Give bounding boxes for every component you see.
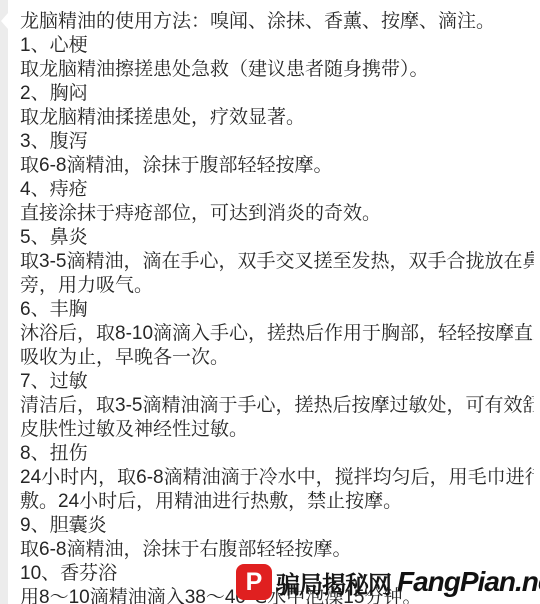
text-line: 取龙脑精油擦搓患处急救（建议患者随身携带）。 [20,58,534,82]
logo-letter: P [246,568,263,597]
text-line: 清洁后，取3-5滴精油滴于手心，搓热后按摩过敏处，可有效舒缓 [20,394,534,418]
text-line: 吸收为止，早晚各一次。 [20,346,534,370]
watermark: P 骗局揭秘网 FangPian.net [236,563,540,601]
message-bubble: 龙脑精油的使用方法：嗅闻、涂抹、香薰、按摩、滴注。 1、心梗 取龙脑精油擦搓患处… [8,0,540,604]
text-line: 旁，用力吸气。 [20,274,534,298]
text-line: 沐浴后，取8-10滴滴入手心，搓热后作用于胸部，轻轻按摩直至 [20,322,534,346]
fangpian-logo-icon: P [236,564,272,600]
text-line: 取6-8滴精油，涂抹于腹部轻轻按摩。 [20,154,534,178]
text-line: 7、过敏 [20,370,534,394]
text-line: 取6-8滴精油，涂抹于右腹部轻轻按摩。 [20,538,534,562]
background-strip [0,0,8,604]
text-line: 3、腹泻 [20,130,534,154]
text-line: 取龙脑精油揉搓患处，疗效显著。 [20,106,534,130]
text-line: 24小时内，取6-8滴精油滴于冷水中，搅拌均匀后，用毛巾进行冷 [20,466,534,490]
text-line: 2、胸闷 [20,82,534,106]
watermark-site-name-en: FangPian.net [397,566,540,598]
text-line: 取3-5滴精油，滴在手心，双手交叉搓至发热，双手合拢放在鼻 [20,250,534,274]
text-line: 直接涂抹于痔疮部位，可达到消炎的奇效。 [20,202,534,226]
text-line: 5、鼻炎 [20,226,534,250]
text-line: 敷。24小时后，用精油进行热敷，禁止按摩。 [20,490,534,514]
text-line: 4、痔疮 [20,178,534,202]
text-line: 1、心梗 [20,34,534,58]
text-line: 8、扭伤 [20,442,534,466]
title-line: 龙脑精油的使用方法：嗅闻、涂抹、香薰、按摩、滴注。 [20,10,534,34]
text-line: 皮肤性过敏及神经性过敏。 [20,418,534,442]
bubble-tail [1,13,8,29]
text-line: 9、胆囊炎 [20,514,534,538]
watermark-site-name-cn: 骗局揭秘网 [276,565,391,600]
text-line: 6、丰胸 [20,298,534,322]
